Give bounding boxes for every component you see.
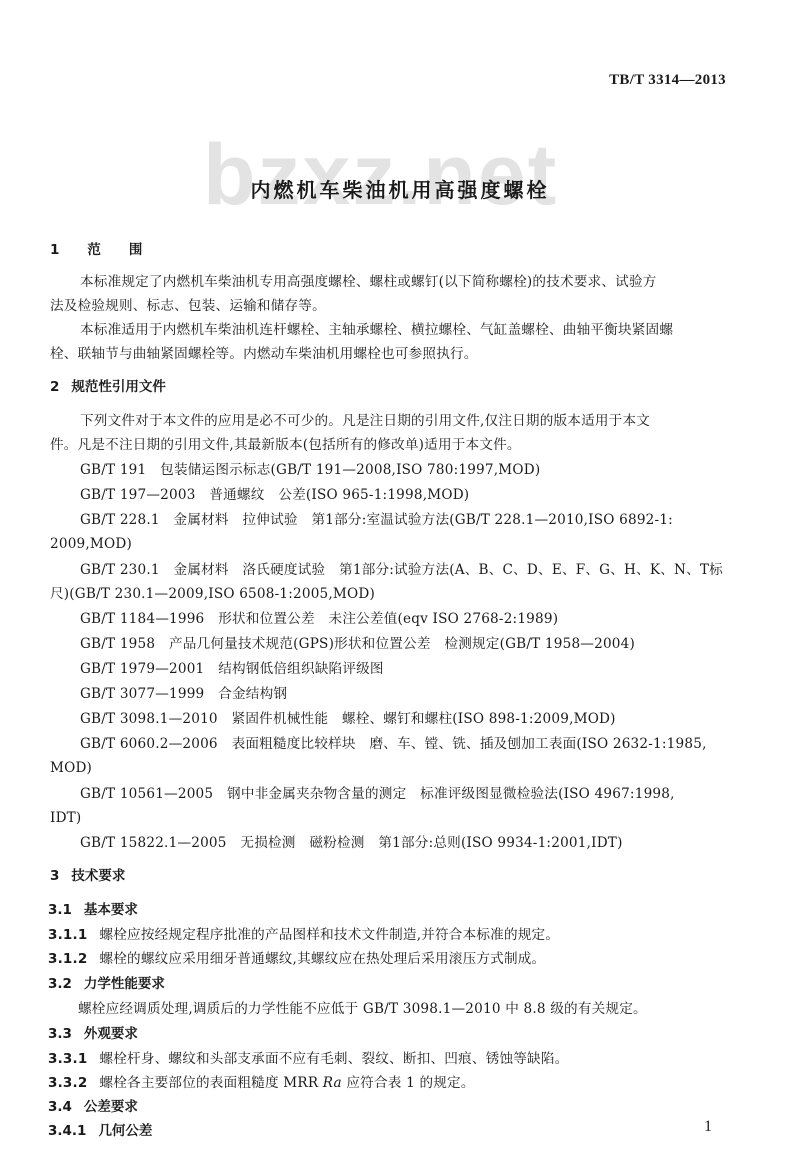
clause-3-3-1: 3.3.1螺栓杆身、螺纹和头部支承面不应有毛刺、裂纹、断扣、凹痕、锈蚀等缺陷。 bbox=[48, 1049, 568, 1069]
paragraph-line: 法及检验规则、标志、包装、运输和储存等。 bbox=[50, 296, 326, 316]
clause-3-2-text: 螺栓应经调质处理,调质后的力学性能不应低于 GB/T 3098.1—2010 中… bbox=[78, 999, 647, 1019]
section-title-part: 范 bbox=[87, 242, 101, 258]
reference-item: GB/T 191 包装储运图示标志(GB/T 191—2008,ISO 780:… bbox=[80, 460, 540, 480]
section-title: 基本要求 bbox=[84, 902, 138, 918]
section-number: 3.1 bbox=[48, 900, 72, 920]
clause-text: 螺栓各主要部位的表面粗糙度 MRR bbox=[99, 1075, 322, 1091]
reference-item: GB/T 3077—1999 合金结构钢 bbox=[80, 684, 287, 704]
reference-item: GB/T 10561—2005 钢中非金属夹杂物含量的测定 标准评级图显微检验法… bbox=[80, 784, 675, 804]
section-number: 3.2 bbox=[48, 974, 72, 994]
reference-item: GB/T 15822.1—2005 无损检测 磁粉检测 第1部分:总则(ISO … bbox=[80, 833, 623, 853]
section-title: 技术要求 bbox=[71, 868, 125, 884]
paragraph-line: 下列文件对于本文件的应用是必不可少的。凡是注日期的引用文件,仅注日期的版本适用于… bbox=[80, 411, 650, 431]
section-number: 3.4 bbox=[48, 1097, 72, 1117]
standard-code: TB/T 3314—2013 bbox=[609, 72, 726, 89]
paragraph-line: 本标准适用于内燃机车柴油机连杆螺栓、主轴承螺栓、横拉螺栓、气缸盖螺栓、曲轴平衡块… bbox=[80, 320, 673, 340]
section-title: 力学性能要求 bbox=[84, 976, 165, 992]
document-title: 内燃机车柴油机用高强度螺栓 bbox=[0, 174, 800, 203]
clause-3-3-2: 3.3.2螺栓各主要部位的表面粗糙度 MRR Ra 应符合表 1 的规定。 bbox=[48, 1073, 475, 1093]
page-number: 1 bbox=[704, 1118, 712, 1136]
clause-number: 3.1.2 bbox=[48, 949, 87, 969]
clause-text: 螺栓应按经规定程序批准的产品图样和技术文件制造,并符合本标准的规定。 bbox=[99, 927, 559, 943]
section-title: 规范性引用文件 bbox=[71, 379, 166, 395]
paragraph-line: 件。凡是不注日期的引用文件,其最新版本(包括所有的修改单)适用于本文件。 bbox=[50, 435, 521, 455]
section-number: 2 bbox=[50, 377, 59, 397]
section-number: 3.3 bbox=[48, 1024, 72, 1044]
section-3-heading: 3技术要求 bbox=[50, 866, 125, 886]
reference-item: GB/T 197—2003 普通螺纹 公差(ISO 965-1:1998,MOD… bbox=[80, 485, 469, 505]
clause-3-4-1-heading: 3.4.1几何公差 bbox=[48, 1121, 152, 1141]
clause-number: 3.3.2 bbox=[48, 1073, 87, 1093]
subsection-3-4-heading: 3.4公差要求 bbox=[48, 1097, 138, 1117]
reference-item: GB/T 228.1 金属材料 拉伸试验 第1部分:室温试验方法(GB/T 22… bbox=[80, 510, 673, 530]
paragraph-line: 栓、联轴节与曲轴紧固螺栓等。内燃动车柴油机用螺栓也可参照执行。 bbox=[50, 344, 478, 364]
clause-number: 3.3.1 bbox=[48, 1049, 87, 1069]
clause-3-1-2-line: 3.1.2螺栓的螺纹应采用细牙普通螺纹,其螺纹应在热处理后采用滚压方式制成。 bbox=[48, 949, 545, 969]
clause-3-1-1: 3.1.1螺栓应按经规定程序批准的产品图样和技术文件制造,并符合本标准的规定。 bbox=[48, 925, 559, 945]
reference-item: GB/T 6060.2—2006 表面粗糙度比较样块 磨、车、镗、铣、插及刨加工… bbox=[80, 734, 707, 754]
section-1-heading: 1范围 bbox=[50, 240, 142, 260]
subsection-3-2-heading: 3.2力学性能要求 bbox=[48, 974, 165, 994]
paragraph-line: 本标准规定了内燃机车柴油机专用高强度螺栓、螺柱或螺钉(以下简称螺栓)的技术要求、… bbox=[80, 272, 657, 292]
clause-title: 几何公差 bbox=[98, 1123, 152, 1139]
reference-item-cont: 2009,MOD) bbox=[50, 534, 132, 554]
reference-item-cont: IDT) bbox=[50, 808, 81, 828]
clause-text: 应符合表 1 的规定。 bbox=[342, 1075, 475, 1091]
section-title: 外观要求 bbox=[84, 1026, 138, 1042]
section-2-heading: 2规范性引用文件 bbox=[50, 377, 166, 397]
clause-number: 3.4.1 bbox=[48, 1121, 86, 1141]
section-number: 3 bbox=[50, 866, 59, 886]
clause-number: 3.1.1 bbox=[48, 925, 87, 945]
reference-item-cont: 尺)(GB/T 230.1—2009,ISO 6508-1:2005,MOD) bbox=[50, 584, 375, 604]
section-number: 1 bbox=[50, 240, 59, 260]
reference-item: GB/T 1979—2001 结构钢低倍组织缺陷评级图 bbox=[80, 659, 384, 679]
reference-item: GB/T 1958 产品几何量技术规范(GPS)形状和位置公差 检测规定(GB/… bbox=[80, 634, 635, 654]
reference-item-cont: MOD) bbox=[50, 758, 92, 778]
clause-text: 螺栓杆身、螺纹和头部支承面不应有毛刺、裂纹、断扣、凹痕、锈蚀等缺陷。 bbox=[99, 1051, 568, 1067]
subsection-3-3-heading: 3.3外观要求 bbox=[48, 1024, 138, 1044]
subsection-3-1-heading: 3.1基本要求 bbox=[48, 900, 138, 920]
ra-symbol: Ra bbox=[323, 1075, 342, 1091]
clause-text: 螺栓的螺纹应采用细牙普通螺纹,其螺纹应在热处理后采用滚压方式制成。 bbox=[99, 951, 545, 967]
reference-item: GB/T 230.1 金属材料 洛氏硬度试验 第1部分:试验方法(A、B、C、D… bbox=[80, 560, 723, 580]
reference-item: GB/T 3098.1—2010 紧固件机械性能 螺栓、螺钉和螺柱(ISO 89… bbox=[80, 709, 616, 729]
section-title: 公差要求 bbox=[84, 1099, 138, 1115]
section-title-part: 围 bbox=[129, 242, 143, 258]
reference-item: GB/T 1184—1996 形状和位置公差 未注公差值(eqv ISO 276… bbox=[80, 609, 558, 629]
